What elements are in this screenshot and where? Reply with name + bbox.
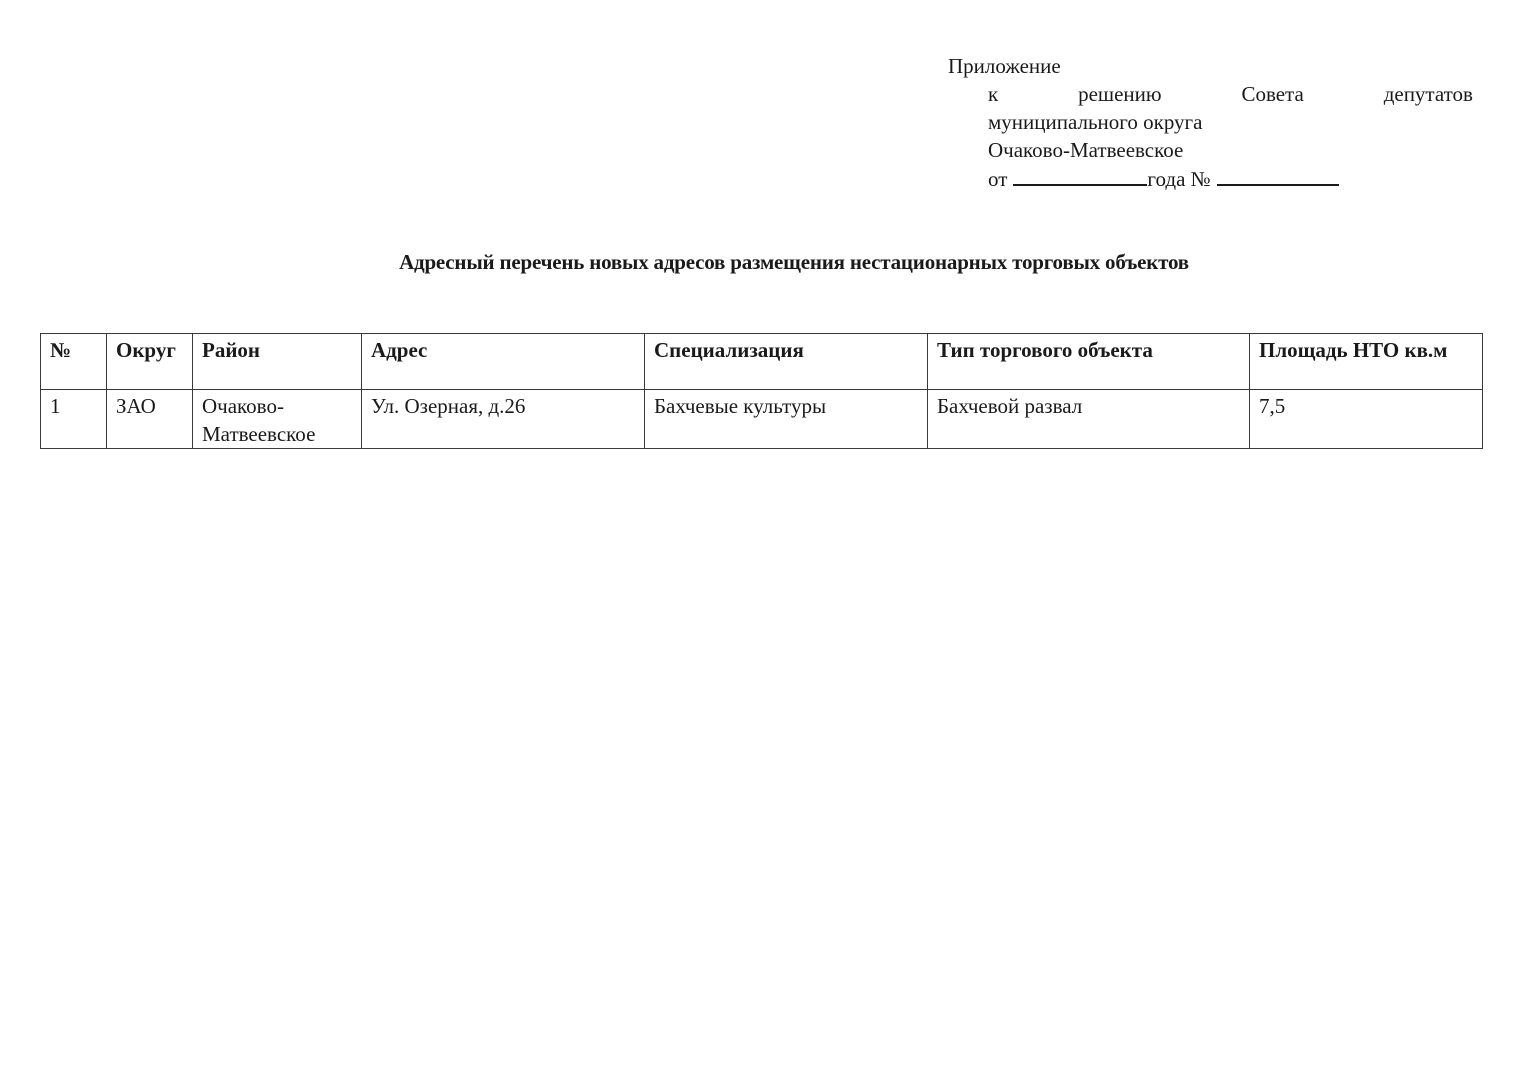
cell-okrug: ЗАО bbox=[107, 390, 193, 449]
cell-rayon: Очаково-Матвеевское bbox=[193, 390, 362, 449]
header-rayon: Район bbox=[193, 334, 362, 390]
cell-area: 7,5 bbox=[1250, 390, 1483, 449]
appendix-date-line: отгода № bbox=[948, 164, 1473, 193]
header-okrug: Округ bbox=[107, 334, 193, 390]
header-area: Площадь НТО кв.м bbox=[1250, 334, 1483, 390]
appendix-header: Приложение к решению Совета депутатов му… bbox=[948, 52, 1473, 193]
header-specialization: Специализация bbox=[645, 334, 928, 390]
appendix-word: Совета bbox=[1241, 80, 1303, 108]
date-blank bbox=[1013, 164, 1147, 186]
cell-address: Ул. Озерная, д.26 bbox=[362, 390, 645, 449]
year-number-label: года № bbox=[1147, 167, 1210, 191]
header-number: № bbox=[41, 334, 107, 390]
cell-object-type: Бахчевой развал bbox=[928, 390, 1250, 449]
document-title: Адресный перечень новых адресов размещен… bbox=[0, 250, 1525, 275]
number-blank bbox=[1217, 164, 1339, 186]
appendix-decision-line: к решению Совета депутатов bbox=[948, 80, 1473, 108]
table-row: 1 ЗАО Очаково-Матвеевское Ул. Озерная, д… bbox=[41, 390, 1483, 449]
appendix-word: решению bbox=[1078, 80, 1161, 108]
appendix-word: к bbox=[988, 80, 998, 108]
cell-number: 1 bbox=[41, 390, 107, 449]
appendix-label: Приложение bbox=[948, 52, 1473, 80]
appendix-municipal-line: муниципального округа bbox=[948, 108, 1473, 136]
header-address: Адрес bbox=[362, 334, 645, 390]
header-object-type: Тип торгового объекта bbox=[928, 334, 1250, 390]
appendix-word: депутатов bbox=[1384, 80, 1473, 108]
from-label: от bbox=[988, 167, 1007, 191]
cell-specialization: Бахчевые культуры bbox=[645, 390, 928, 449]
table-header-row: № Округ Район Адрес Специализация Тип то… bbox=[41, 334, 1483, 390]
appendix-district-line: Очаково-Матвеевское bbox=[948, 136, 1473, 164]
address-registry-table: № Округ Район Адрес Специализация Тип то… bbox=[40, 333, 1483, 449]
